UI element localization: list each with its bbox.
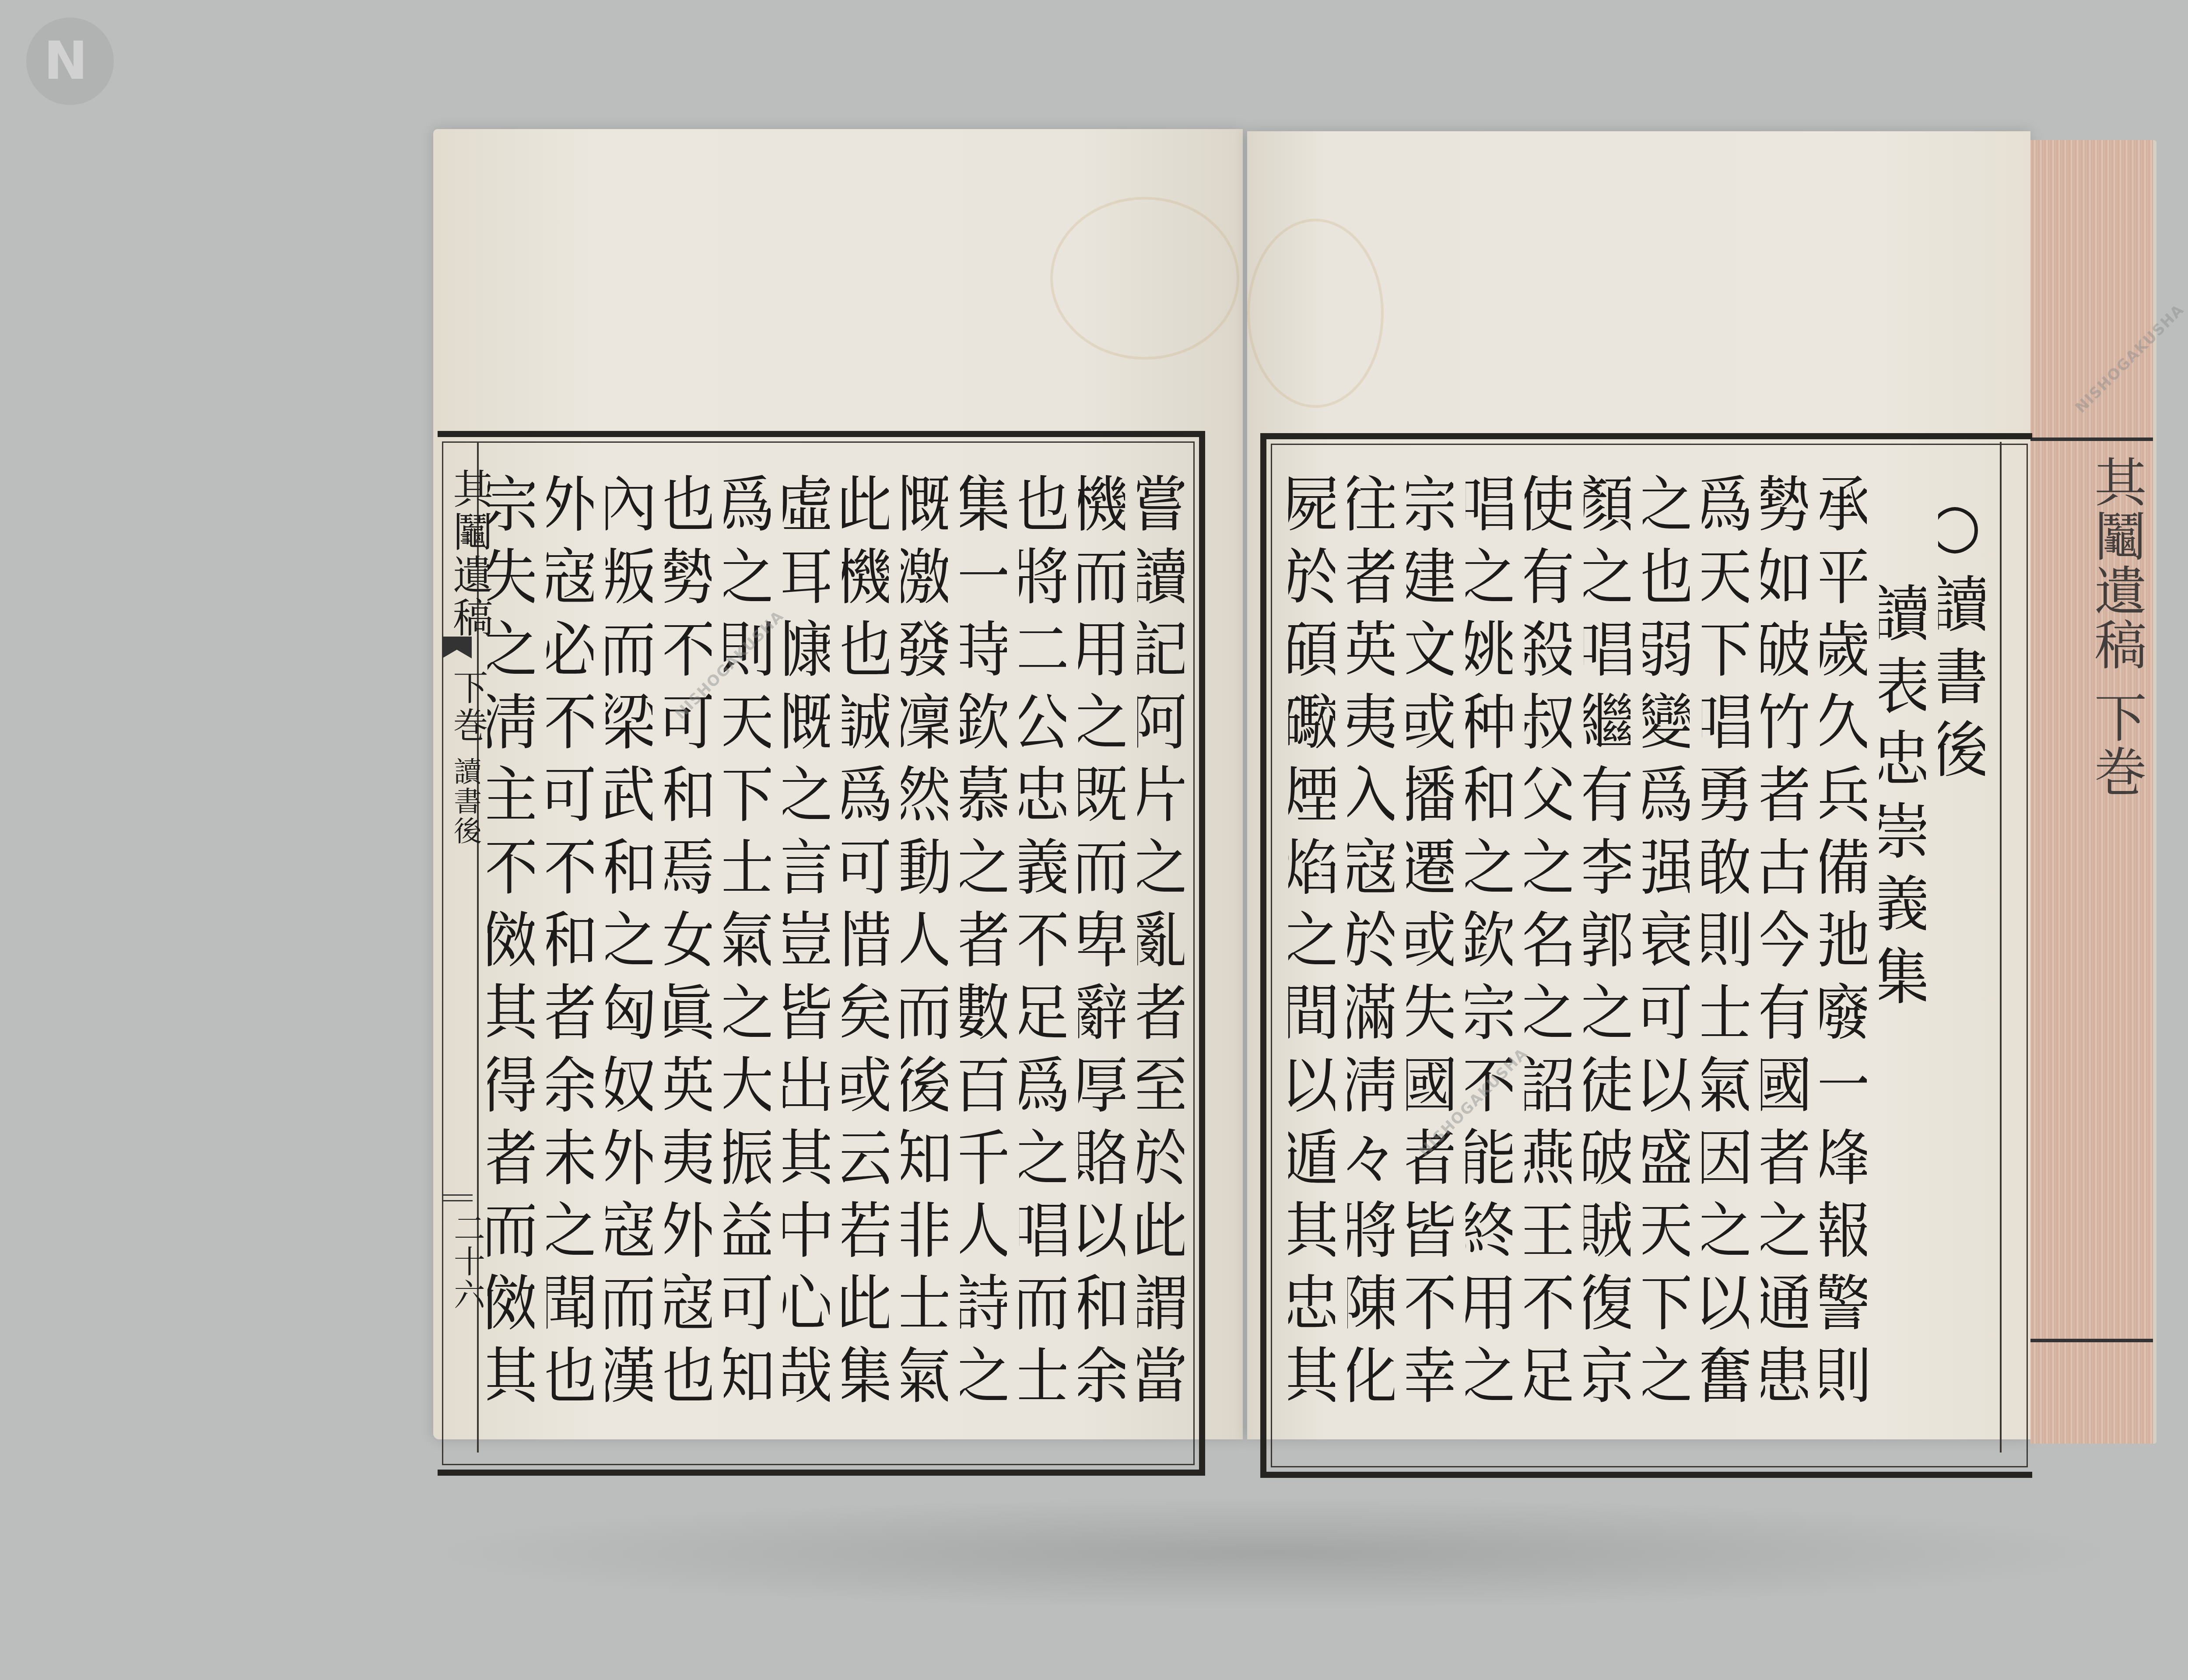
water-stain	[1247, 219, 1384, 408]
right-page-side-rule	[2000, 442, 2002, 1452]
text-column: 往者英夷入寇於滿淸々將陳化成戰死之其客劉容頁其	[1347, 472, 1394, 1413]
text-column: 顏之唱繼有李郭之徒破賊復京播遷不久也明建文微勿	[1584, 472, 1630, 1413]
text-column: 也將二公忠義不足爲之唱而士氣亦不因之振歟今讀此	[1019, 472, 1066, 1413]
fishtail-mark-icon	[442, 637, 472, 658]
text-column: 爲天下唱勇敢則士氣因之以奮爲上者苟乘此機而終用	[1702, 472, 1749, 1413]
text-column: 集一時欽慕之者數百千人詩之文之積册累卷其言皆慷	[960, 472, 1007, 1413]
section-heading: ○讀書後	[1938, 472, 1985, 1431]
text-column: 此機也誠爲可惜矣或云若此集則所謂一犬吠實百犬吠	[842, 472, 889, 1413]
text-column: 勢如破竹者古今有國者之通患也然而有一人出身當之	[1761, 472, 1808, 1413]
essay-title: 讀表忠崇義集	[1879, 472, 1926, 1522]
text-column: 唱之姚种和之欽宗不能終用之中塗講和所以致北狩玄	[1466, 472, 1512, 1413]
watermark-logo: N	[26, 17, 114, 105]
fore-edge-pages: 其鬮遺稿 下巻	[2030, 140, 2156, 1444]
right-page-text: ○讀書後 讀表忠崇義集 承平歲久兵備弛廢一烽報警則人心驚潰而敵兵長驅其 勢如破竹…	[1282, 472, 1991, 1435]
text-column: 外寇必不可不和者余未之聞也要之玄宗建文得之而欽	[547, 472, 593, 1413]
edge-frame-line	[2030, 437, 2153, 441]
text-column: 之也弱變爲强衰可以盛天下之事不足憂也唐玄宗得二	[1643, 472, 1690, 1413]
text-column: 虛耳慷慨之言豈皆出其中心哉曰不出於中心者猶且强	[783, 472, 830, 1413]
text-column: 使有殺叔父之名之詔燕王不足獲也金之入寇於宋李綱	[1525, 472, 1571, 1413]
text-column: 嘗讀記阿片之亂者至於此謂當時士氣必振清主必乘此	[1137, 472, 1184, 1413]
text-column: 屍於碩礮煙焰之間以遁其忠其義足一振天下士氣也余	[1288, 472, 1335, 1413]
text-column: 宗建文或播遷或失國者皆不幸而欽宗社稷不亡者幸也	[1406, 472, 1453, 1413]
book-shadow	[420, 1496, 2127, 1610]
text-column: 慨激發凜然動人而後知非士氣之不振而清主果不知乘	[901, 472, 948, 1413]
text-column: 爲之則天下士氣之大振益可知耳或又云祿山燕王內叛	[724, 472, 771, 1413]
banxin-rule	[442, 1194, 473, 1201]
water-stain	[1050, 197, 1239, 360]
fore-edge-ghost-text: 其鬮遺稿 下巻	[2039, 455, 2144, 799]
left-page-text: 嘗讀記阿片之亂者至於此謂當時士氣必振清主必乘此 機而用之既而卑辭厚賂以和余驚謂是…	[481, 472, 1190, 1435]
banxin: 其鬮遺稿 下巻 讀書後 二十六	[440, 442, 479, 1452]
text-column: 內叛而梁武和之匈奴外寇而漢武征之內叛必不可不戰	[606, 472, 652, 1413]
banxin-section: 讀書後	[445, 757, 485, 846]
text-column: 也勢不可和焉女眞英夷外寇也勢可和焉是亦不然侯景	[665, 472, 712, 1413]
text-column: 機而用之既而卑辭厚賂以和余驚謂是何其不知機之甚	[1078, 472, 1125, 1413]
text-column: 承平歲久兵備弛廢一烽報警則人心驚潰而敵兵長驅其	[1820, 472, 1867, 1413]
edge-frame-line	[2030, 1339, 2153, 1342]
text-column: 宗失之淸主不傚其得者而傚其失者則淸主亦不得不謂	[487, 472, 534, 1413]
